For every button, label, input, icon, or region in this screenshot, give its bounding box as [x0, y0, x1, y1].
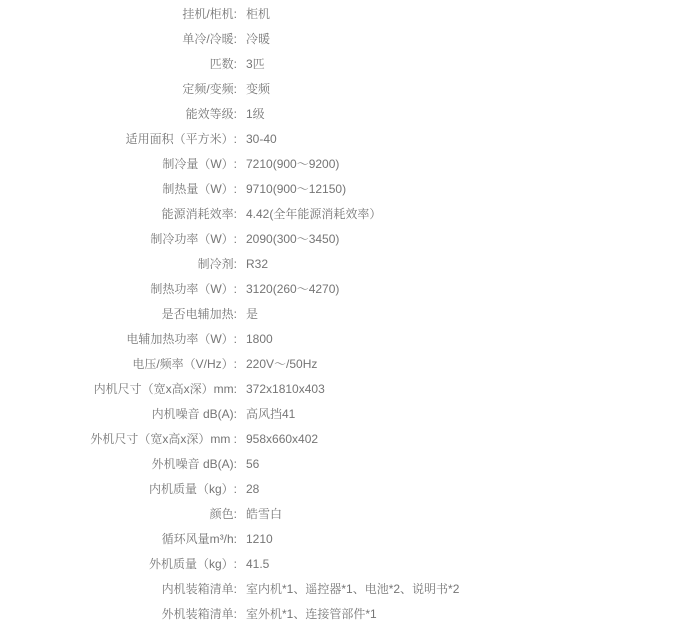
spec-value: 2090(300～3450): [237, 227, 339, 252]
spec-row: 电压/频率（V/Hz）: 220V～/50Hz: [0, 352, 678, 377]
spec-label: 内机质量（kg）:: [0, 477, 237, 502]
spec-row: 能效等级: 1级: [0, 102, 678, 127]
spec-label: 内机装箱清单:: [0, 577, 237, 602]
spec-label: 制热功率（W）:: [0, 277, 237, 302]
spec-label: 定频/变频:: [0, 77, 237, 102]
spec-row: 外机噪音 dB(A): 56: [0, 452, 678, 477]
spec-label: 内机尺寸（宽x高x深）mm:: [0, 377, 237, 402]
spec-label: 制冷功率（W）:: [0, 227, 237, 252]
spec-label: 循环风量m³/h:: [0, 527, 237, 552]
spec-value: 3匹: [237, 52, 265, 77]
spec-value: 柜机: [237, 2, 270, 27]
spec-label: 是否电辅加热:: [0, 302, 237, 327]
spec-value: 30-40: [237, 127, 277, 152]
spec-row: 匹数: 3匹: [0, 52, 678, 77]
spec-row: 制冷功率（W）: 2090(300～3450): [0, 227, 678, 252]
spec-value: R32: [237, 252, 268, 277]
spec-value: 是: [237, 302, 258, 327]
spec-row: 外机尺寸（宽x高x深）mm : 958x660x402: [0, 427, 678, 452]
spec-value: 1800: [237, 327, 273, 352]
spec-value: 1210: [237, 527, 273, 552]
spec-label: 外机噪音 dB(A):: [0, 452, 237, 477]
spec-row: 内机装箱清单: 室内机*1、遥控器*1、电池*2、说明书*2: [0, 577, 678, 602]
spec-label: 内机噪音 dB(A):: [0, 402, 237, 427]
spec-row: 制热功率（W）: 3120(260～4270): [0, 277, 678, 302]
spec-row: 制冷量（W）: 7210(900～9200): [0, 152, 678, 177]
spec-label: 电辅加热功率（W）:: [0, 327, 237, 352]
spec-label: 单冷/冷暖:: [0, 27, 237, 52]
spec-label: 外机装箱清单:: [0, 602, 237, 627]
spec-row: 颜色: 皓雪白: [0, 502, 678, 527]
spec-row: 制热量（W）: 9710(900～12150): [0, 177, 678, 202]
spec-label: 外机质量（kg）:: [0, 552, 237, 577]
spec-value: 372x1810x403: [237, 377, 325, 402]
spec-row: 循环风量m³/h: 1210: [0, 527, 678, 552]
spec-value: 变频: [237, 77, 270, 102]
spec-value: 1级: [237, 102, 265, 127]
spec-label: 制冷剂:: [0, 252, 237, 277]
spec-value: 9710(900～12150): [237, 177, 346, 202]
spec-label: 能源消耗效率:: [0, 202, 237, 227]
spec-value: 958x660x402: [237, 427, 318, 452]
spec-label: 电压/频率（V/Hz）:: [0, 352, 237, 377]
spec-row: 内机质量（kg）: 28: [0, 477, 678, 502]
spec-value: 220V～/50Hz: [237, 352, 317, 377]
spec-table: 挂机/柜机: 柜机 单冷/冷暖: 冷暖 匹数: 3匹 定频/变频: 变频 能效等…: [0, 0, 678, 627]
spec-row: 适用面积（平方米）: 30-40: [0, 127, 678, 152]
spec-value: 冷暖: [237, 27, 270, 52]
spec-row: 内机噪音 dB(A): 高风挡41: [0, 402, 678, 427]
spec-label: 挂机/柜机:: [0, 2, 237, 27]
spec-value: 室内机*1、遥控器*1、电池*2、说明书*2: [237, 577, 459, 602]
spec-value: 41.5: [237, 552, 269, 577]
spec-value: 56: [237, 452, 259, 477]
spec-row: 外机装箱清单: 室外机*1、连接管部件*1: [0, 602, 678, 627]
spec-label: 匹数:: [0, 52, 237, 77]
spec-row: 内机尺寸（宽x高x深）mm: 372x1810x403: [0, 377, 678, 402]
spec-value: 高风挡41: [237, 402, 295, 427]
spec-label: 能效等级:: [0, 102, 237, 127]
spec-label: 制冷量（W）:: [0, 152, 237, 177]
spec-label: 制热量（W）:: [0, 177, 237, 202]
spec-value: 28: [237, 477, 259, 502]
spec-row: 单冷/冷暖: 冷暖: [0, 27, 678, 52]
spec-row: 电辅加热功率（W）: 1800: [0, 327, 678, 352]
spec-value: 室外机*1、连接管部件*1: [237, 602, 377, 627]
spec-value: 7210(900～9200): [237, 152, 339, 177]
spec-row: 是否电辅加热: 是: [0, 302, 678, 327]
spec-value: 皓雪白: [237, 502, 282, 527]
spec-label: 颜色:: [0, 502, 237, 527]
spec-value: 3120(260～4270): [237, 277, 339, 302]
spec-row: 能源消耗效率: 4.42(全年能源消耗效率）: [0, 202, 678, 227]
spec-row: 定频/变频: 变频: [0, 77, 678, 102]
spec-label: 适用面积（平方米）:: [0, 127, 237, 152]
spec-row: 制冷剂: R32: [0, 252, 678, 277]
spec-row: 外机质量（kg）: 41.5: [0, 552, 678, 577]
spec-value: 4.42(全年能源消耗效率）: [237, 202, 381, 227]
spec-row: 挂机/柜机: 柜机: [0, 2, 678, 27]
spec-label: 外机尺寸（宽x高x深）mm :: [0, 427, 237, 452]
